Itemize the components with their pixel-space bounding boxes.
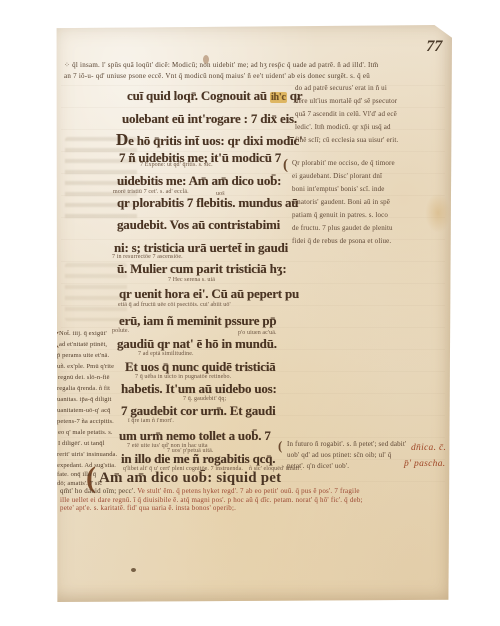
gospel-text-line-7: gaudebit. Vos aū contristabimi xyxy=(117,218,280,231)
gospel-text-line-10: qr uenit hora ei'. Cū aū pepert pu xyxy=(119,287,299,300)
left-margin-note-line-13: expedant. Ad sug'stia. xyxy=(57,463,116,470)
right-gloss-upper-line-4: ledic'. Itm̄ modicū. qr xp̄i usq̄ ad xyxy=(295,124,391,131)
gospel-text-line-2: uolebant eū int'rogare : 7 dix̄ eis. xyxy=(122,112,297,125)
right-gloss-middle-line-4: amatoris' gaudent. Boni aū in spē xyxy=(292,199,390,206)
gospel-text-line-1a: cuī quid loqr̄. Cognouit aū xyxy=(127,88,270,103)
right-gloss-middle-line-2: ei gaudebant. Disc' plorant dnī xyxy=(292,173,382,180)
gospel-text-line-11: erū, iam ñ meminit pssure pp̄ xyxy=(119,314,276,327)
interlinear-gloss: 7 ad eptā similitudine. xyxy=(138,351,194,357)
left-margin-note-line-6: regalia q̄renda. ñ fit xyxy=(57,386,110,393)
gospel-text-line-5: uidebitis me: Am̄ am̄ dico uob̄: xyxy=(117,174,281,187)
interlinear-gloss: 7 q̄ uēba in uicto in pugnatōe retinebo. xyxy=(135,374,231,380)
right-gloss-upper-line-3: quā 7 ascendit in celū. Vl'd' ad ecē xyxy=(295,111,397,118)
interlinear-gloss: polute. xyxy=(112,328,129,334)
top-gloss-line-1: ⁘ q̄l insam. l' spūs quā loqūt' dicē: Mo… xyxy=(64,62,378,69)
left-margin-note-line-8: uanitatem-uō-q' acq̄ xyxy=(57,408,110,415)
interlinear-gloss: morē tristiū 7 cet'. s. ad' ecclā. xyxy=(113,189,189,195)
interlinear-gloss: 7 Hec serena s. uiā xyxy=(168,277,215,283)
right-gloss-upper-line-2: dēre ult'ius mortalē qd' sē psecutor xyxy=(295,98,397,105)
left-margin-note-line-3: p̄ perams uite et'nā. xyxy=(57,353,109,360)
right-gloss-lower-line-3: petat'. q'n dicet' uob'. xyxy=(287,463,349,470)
right-gloss-middle-line-1: Qr plorabit' me occiso, de q̄ timore xyxy=(292,160,395,167)
interlinear-gloss: 7 uos' p'petuā uitā. xyxy=(167,448,214,454)
right-gloss-upper-line-5: finē sclī; cū ecclesia sua uisur' erit. xyxy=(295,137,398,144)
left-margin-note-line-2: ad et'nitatē ptinēt, xyxy=(59,342,107,349)
bottom-commentary-line-3: pete' apt'e. s. karitatē. fid' qua uaria… xyxy=(60,505,236,512)
rubric-line-2: p̄' pascha. xyxy=(404,460,445,470)
gospel-text-line-13: Et uos q̄ nunc quidē tristiciā xyxy=(125,360,276,373)
interlinear-gloss: p'o uiuen ac'uā. xyxy=(238,330,277,336)
left-margin-note-line-11: I diligēt'. ut tanq̄l xyxy=(58,441,105,448)
folio-number: 77 xyxy=(424,39,443,55)
interlinear-gloss: uos̄ xyxy=(216,191,225,197)
bottom-commentary-line-1-rest: Ve stult' ēm. q̄ petens hyket regd'. 7 a… xyxy=(137,487,359,495)
gospel-text-line-8: ni: s; tristicia urā uertet̄ in gaudi xyxy=(114,241,288,254)
paragraph-mark: ( xyxy=(278,439,282,452)
manuscript-page: 77 ⁘ q̄l insam. l' spūs quā loqūt' dicē:… xyxy=(53,25,452,602)
interlinear-gloss: ī q̄re iam ñ i'mort'. xyxy=(128,418,174,424)
right-gloss-middle-line-3: boni int'emptus' bonis' scī. inde xyxy=(292,186,385,193)
top-gloss-line-2: an 7 iō-u- qd' uniuse psone eccē. Vnt q̄… xyxy=(64,73,370,80)
left-margin-note-line-12: rerit' uiris' insinuanda. xyxy=(57,452,117,459)
bottom-commentary-line-1: qm̄t' ho dauid oīm; pecc'. Ve stult' ēm.… xyxy=(60,488,360,495)
right-gloss-middle-line-5: patiam q̄ genuit in patres. s. loco xyxy=(292,212,388,219)
left-margin-note-line-5: regnū dei. slō-n-fiē xyxy=(58,375,110,382)
stain xyxy=(131,568,136,572)
bottom-commentary-line-2: ille uellet ei dare regnū. ī q̄ diuisibi… xyxy=(60,497,363,504)
left-margin-note-line-7: uanitas. ip̄a-q̄ diligit xyxy=(57,397,111,404)
left-margin-note-line-14: fate. onq̄ illa q̄ xyxy=(57,472,96,479)
gospel-text-line-9: ū. Mulier cum parit tristiciā hʒ: xyxy=(117,262,287,275)
gospel-text-line-15: 7 gaudebit cor urm̄. Et gaudi xyxy=(121,404,276,417)
gospel-text-line-3: De hō q̄ritis int̄ uos: qr dixi modīc' xyxy=(116,131,303,148)
right-gloss-middle-line-7: fidei q̄ de rebus de psona et oliue. xyxy=(292,238,391,245)
stain xyxy=(425,193,451,233)
right-gloss-lower-line-2: uob' qd' ad uos ptinet: sc̄n oib; ul' q̄ xyxy=(287,452,391,459)
interlinear-gloss: 7 in resurrectōe 7 ascensiōe. xyxy=(112,254,183,260)
yellow-highlight-jesus-abbrev: ih'c xyxy=(270,92,287,103)
interlinear-gloss: 7 Expone: ut qd' q̄ritis. s. sic. xyxy=(140,162,213,168)
gospel-text-line-12: gaudiū qr nat' ē hō in mundū. xyxy=(117,337,277,350)
right-gloss-middle-line-6: de fructu. 7 plus gaudet de plenitu xyxy=(292,225,393,232)
left-margin-note-line-10: eo q' male petatis. s. xyxy=(58,430,113,437)
left-margin-note-line-1: Not̄. iiij. q̄ exigūt' xyxy=(59,331,107,338)
left-margin-note-line-4: uñ. ex'ple. Pmū q'rite xyxy=(57,364,114,371)
gospel-text-line-14: habetis. It'um aū uidebo uos: xyxy=(121,382,277,395)
left-margin-note-line-9: petens-7 ña accipitis. xyxy=(57,419,114,426)
gospel-text-line-6: qr plorabitis 7 flebitis. mundus aū xyxy=(117,196,298,209)
interlinear-gloss: etiā q̄ ad fructū uēe cōi psectōis. cui'… xyxy=(118,302,231,308)
interlinear-gloss: 7 q̄. gaudebit' q̄q; xyxy=(183,396,226,402)
gospel-incipit-line: Am̄ am̄ dico uob̄: siquid pet xyxy=(99,471,281,486)
rubric-line-1: dn̄ica. c̄. xyxy=(411,444,446,454)
gospel-text-line-16: um urm̄ nemo tollet a uob̄. 7 xyxy=(119,429,271,442)
gospel-text-line-1: cuī quid loqr̄. Cognouit aū ih'c qr xyxy=(127,89,302,103)
interlinear-gloss: q'libet alt' q̄ u' cert' pleni cognitōe.… xyxy=(123,466,243,472)
right-gloss-lower-line-1: In futuro ñ rogabit'. s. ñ petet'; sed d… xyxy=(287,441,406,448)
paragraph-mark: ( xyxy=(283,158,288,173)
photo-background: 77 ⁘ q̄l insam. l' spūs quā loqūt' dicē:… xyxy=(0,0,500,626)
bottom-commentary-line-1-lead: qm̄t' ho dauid oīm; pecc'. xyxy=(60,487,137,495)
right-gloss-upper-line-1: do ad patrē securus' erat in ñ ui xyxy=(295,85,387,92)
